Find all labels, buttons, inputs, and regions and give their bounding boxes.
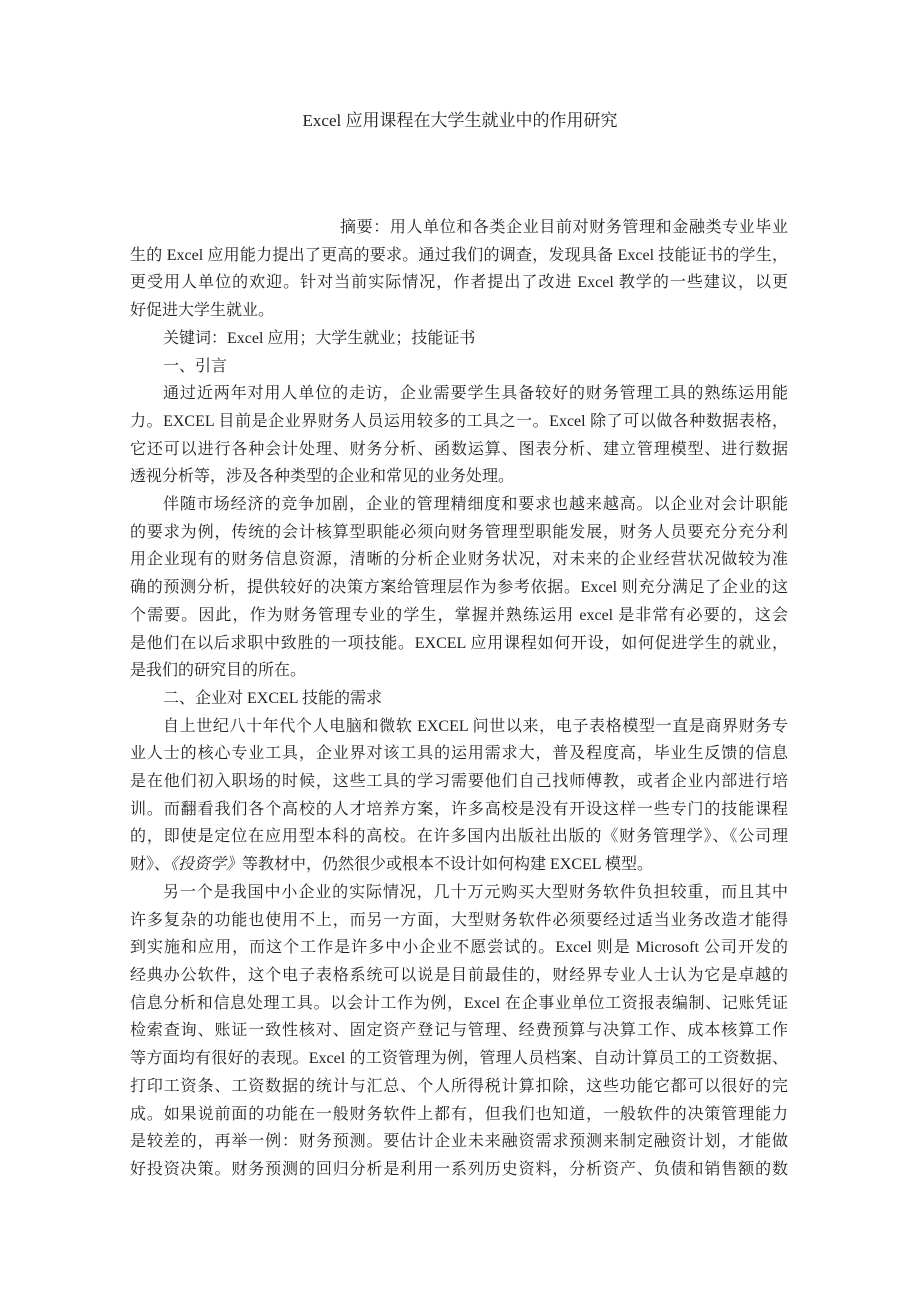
text-line: 二、企业对 EXCEL 技能的需求 xyxy=(130,685,788,713)
document-body: 摘要：用人单位和各类企业目前对财务管理和金融类专业毕业生的 Excel 应用能力… xyxy=(130,214,788,1184)
text-line: 个需要。因此，作为财务管理专业的学生，掌握并熟练运用 excel 是非常有必要的… xyxy=(130,602,788,630)
text-line: 它还可以进行各种会计处理、财务分析、函数运算、图表分析、建立管理模型、进行数据 xyxy=(130,436,788,464)
text-line: 好促进大学生就业。 xyxy=(130,297,788,325)
text-line: 用企业现有的财务信息资源，清晰的分析企业财务状况，对未来的企业经营状况做较为准 xyxy=(130,546,788,574)
text-line: 的要求为例，传统的会计核算型职能必须向财务管理型职能发展，财务人员要充分充分利 xyxy=(130,519,788,547)
text-line: 通过近两年对用人单位的走访，企业需要学生具备较好的财务管理工具的熟练运用能 xyxy=(130,380,788,408)
document-page: Excel 应用课程在大学生就业中的作用研究 摘要：用人单位和各类企业目前对财务… xyxy=(0,0,920,1302)
text-line: 是在他们初入职场的时候，这些工具的学习需要他们自己找师傅教，或者企业内部进行培 xyxy=(130,768,788,796)
text-line: 业人士的核心专业工具，企业界对该工具的运用需求大，普及程度高，毕业生反馈的信息 xyxy=(130,740,788,768)
text-line: 检索查询、账证一致性核对、固定资产登记与管理、经费预算与决算工作、成本核算工作 xyxy=(130,1017,788,1045)
text-line: 透视分析等，涉及各种类型的企业和常见的业务处理。 xyxy=(130,463,788,491)
text-line: 关键词：Excel 应用；大学生就业；技能证书 xyxy=(130,325,788,353)
text-line: 力。EXCEL 目前是企业界财务人员运用较多的工具之一。Excel 除了可以做各… xyxy=(130,408,788,436)
text-line: 伴随市场经济的竞争加剧，企业的管理精细度和要求也越来越高。以企业对会计职能 xyxy=(130,491,788,519)
text-line: 是他们在以后求职中致胜的一项技能。EXCEL 应用课程如何开设，如何促进学生的就… xyxy=(130,630,788,658)
text-line: 的，即使是定位在应用型本科的高校。在许多国内出版社出版的《财务管理学》、《公司理 xyxy=(130,823,788,851)
text-line: 一、引言 xyxy=(130,353,788,381)
text-line: 经典办公软件，这个电子表格系统可以说是目前最佳的，财经界专业人士认为它是卓越的 xyxy=(130,962,788,990)
text-line: 到实施和应用，而这个工作是许多中小企业不愿尝试的。Excel 则是 Micros… xyxy=(130,934,788,962)
text-line: 信息分析和信息处理工具。以会计工作为例，Excel 在企事业单位工资报表编制、记… xyxy=(130,990,788,1018)
italic-text-segment: 《投资学》 xyxy=(170,856,242,873)
text-line: 另一个是我国中小企业的实际情况，几十万元购买大型财务软件负担较重，而且其中 xyxy=(130,879,788,907)
text-line: 好投资决策。财务预测的回归分析是利用一系列历史资料，分析资产、负债和销售额的数 xyxy=(130,1156,788,1184)
text-line: 打印工资条、工资数据的统计与汇总、个人所得税计算扣除，这些功能它都可以很好的完 xyxy=(130,1073,788,1101)
text-line: 许多复杂的功能也使用不上，而另一方面，大型财务软件必须要经过适当业务改造才能得 xyxy=(130,907,788,935)
text-line: 是我们的研究目的所在。 xyxy=(130,657,788,685)
text-line: 更受用人单位的欢迎。针对当前实际情况，作者提出了改进 Excel 教学的一些建议… xyxy=(130,269,788,297)
document-title: Excel 应用课程在大学生就业中的作用研究 xyxy=(0,107,920,135)
text-line: 确的预测分析，提供较好的决策方案给管理层作为参考依据。Excel 则充分满足了企… xyxy=(130,574,788,602)
text-segment: 财》、 xyxy=(130,856,170,873)
text-line: 是较差的，再举一例：财务预测。要估计企业未来融资需求预测来制定融资计划，才能做 xyxy=(130,1128,788,1156)
text-line: 摘要：用人单位和各类企业目前对财务管理和金融类专业毕业 xyxy=(130,214,788,242)
text-segment: 等教材中，仍然很少或根本不设计如何构建 EXCEL 模型。 xyxy=(242,856,653,873)
text-line: 财》、《投资学》等教材中，仍然很少或根本不设计如何构建 EXCEL 模型。 xyxy=(130,851,788,879)
text-line: 生的 Excel 应用能力提出了更高的要求。通过我们的调查，发现具备 Excel… xyxy=(130,242,788,270)
text-line: 自上世纪八十年代个人电脑和微软 EXCEL 问世以来，电子表格模型一直是商界财务… xyxy=(130,713,788,741)
text-line: 成。如果说前面的功能在一般财务软件上都有，但我们也知道，一般软件的决策管理能力 xyxy=(130,1101,788,1129)
text-line: 训。而翻看我们各个高校的人才培养方案，许多高校是没有开设这样一些专门的技能课程 xyxy=(130,796,788,824)
text-line: 等方面均有很好的表现。Excel 的工资管理为例，管理人员档案、自动计算员工的工… xyxy=(130,1045,788,1073)
